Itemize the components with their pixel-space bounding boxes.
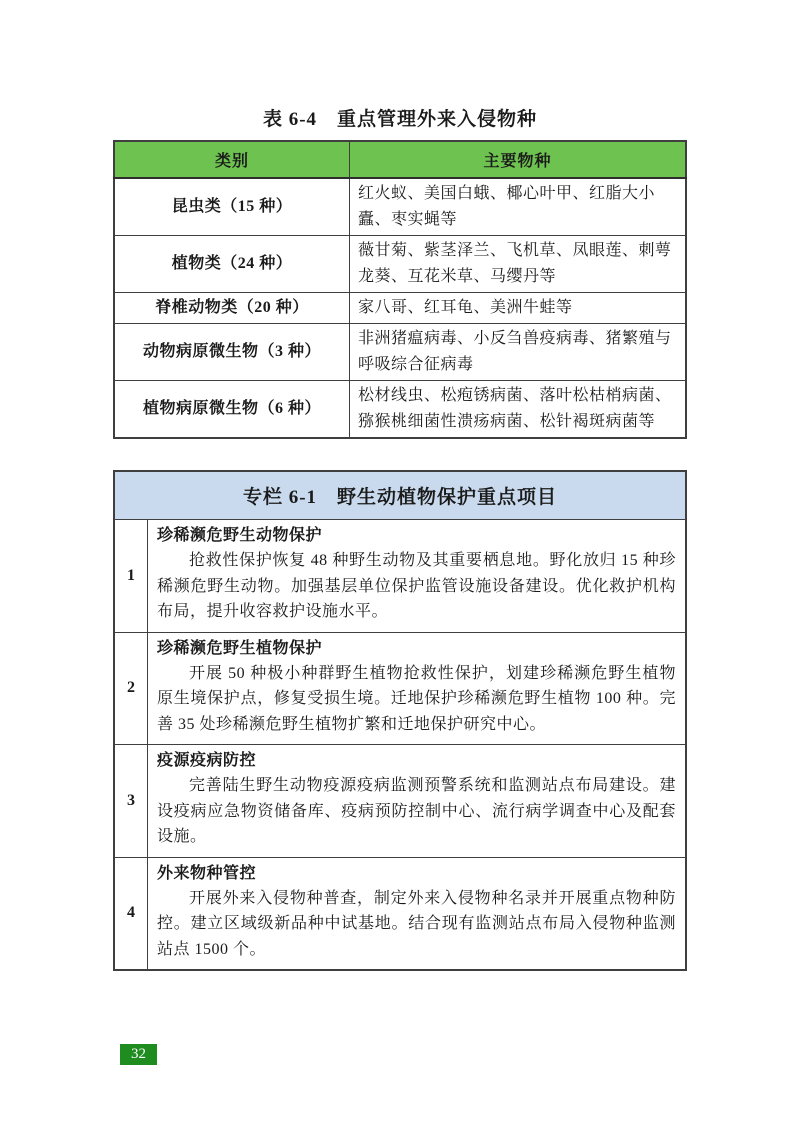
- item-body: 完善陆生野生动物疫源疫病监测预警系统和监测站点布局建设。建设疫病应急物资储备库、…: [157, 773, 676, 850]
- invasive-species-table: 类别 主要物种 昆虫类（15 种） 红火蚁、美国白蛾、椰心叶甲、红脂大小蠹、枣实…: [113, 140, 687, 439]
- item-heading: 珍稀濒危野生动物保护: [157, 523, 676, 548]
- table-row: 昆虫类（15 种） 红火蚁、美国白蛾、椰心叶甲、红脂大小蠹、枣实蝇等: [114, 178, 686, 236]
- item-content: 珍稀濒危野生植物保护 开展 50 种极小种群野生植物抢救性保护，划建珍稀濒危野生…: [148, 633, 685, 745]
- item-content: 疫源疫病防控 完善陆生野生动物疫源疫病监测预警系统和监测站点布局建设。建设疫病应…: [148, 745, 685, 857]
- item-body: 开展外来入侵物种普查，制定外来入侵物种名录并开展重点物种防控。建立区域级新品种中…: [157, 886, 676, 963]
- table-row: 动物病原微生物（3 种） 非洲猪瘟病毒、小反刍兽疫病毒、猪繁殖与呼吸综合征病毒: [114, 324, 686, 381]
- item-content: 珍稀濒危野生动物保护 抢救性保护恢复 48 种野生动物及其重要栖息地。野化放归 …: [148, 520, 685, 632]
- table-row: 植物类（24 种） 薇甘菊、紫茎泽兰、飞机草、凤眼莲、刺萼龙葵、互花米草、马缨丹…: [114, 236, 686, 293]
- item-body: 开展 50 种极小种群野生植物抢救性保护，划建珍稀濒危野生植物原生境保护点，修复…: [157, 661, 676, 738]
- feature-box-title: 专栏 6-1 野生动植物保护重点项目: [115, 472, 685, 520]
- item-content: 外来物种管控 开展外来入侵物种普查，制定外来入侵物种名录并开展重点物种防控。建立…: [148, 858, 685, 970]
- item-body: 抢救性保护恢复 48 种野生动物及其重要栖息地。野化放归 15 种珍稀濒危野生动…: [157, 548, 676, 625]
- item-number: 3: [115, 745, 148, 857]
- species-cell: 红火蚁、美国白蛾、椰心叶甲、红脂大小蠹、枣实蝇等: [350, 178, 687, 236]
- species-cell: 薇甘菊、紫茎泽兰、飞机草、凤眼莲、刺萼龙葵、互花米草、马缨丹等: [350, 236, 687, 293]
- item-heading: 外来物种管控: [157, 861, 676, 886]
- category-cell: 植物类（24 种）: [114, 236, 350, 293]
- item-number: 1: [115, 520, 148, 632]
- item-number: 2: [115, 633, 148, 745]
- column-header-species: 主要物种: [350, 141, 687, 178]
- category-cell: 动物病原微生物（3 种）: [114, 324, 350, 381]
- table-row: 植物病原微生物（6 种） 松材线虫、松疱锈病菌、落叶松枯梢病菌、猕猴桃细菌性溃疡…: [114, 381, 686, 439]
- column-header-category: 类别: [114, 141, 350, 178]
- category-cell: 植物病原微生物（6 种）: [114, 381, 350, 439]
- table-title: 表 6-4 重点管理外来入侵物种: [113, 104, 687, 131]
- category-cell: 昆虫类（15 种）: [114, 178, 350, 236]
- page-content: 表 6-4 重点管理外来入侵物种 类别 主要物种 昆虫类（15 种） 红火蚁、美…: [113, 0, 687, 971]
- feature-box-6-1: 专栏 6-1 野生动植物保护重点项目 1 珍稀濒危野生动物保护 抢救性保护恢复 …: [113, 470, 687, 971]
- species-cell: 非洲猪瘟病毒、小反刍兽疫病毒、猪繁殖与呼吸综合征病毒: [350, 324, 687, 381]
- box-item: 3 疫源疫病防控 完善陆生野生动物疫源疫病监测预警系统和监测站点布局建设。建设疫…: [115, 745, 685, 858]
- species-cell: 家八哥、红耳龟、美洲牛蛙等: [350, 293, 687, 324]
- category-cell: 脊椎动物类（20 种）: [114, 293, 350, 324]
- item-heading: 珍稀濒危野生植物保护: [157, 636, 676, 661]
- table-row: 脊椎动物类（20 种） 家八哥、红耳龟、美洲牛蛙等: [114, 293, 686, 324]
- item-number: 4: [115, 858, 148, 970]
- species-cell: 松材线虫、松疱锈病菌、落叶松枯梢病菌、猕猴桃细菌性溃疡病菌、松针褐斑病菌等: [350, 381, 687, 439]
- page-number-badge: 32: [120, 1044, 157, 1065]
- table-header-row: 类别 主要物种: [114, 141, 686, 178]
- box-item: 2 珍稀濒危野生植物保护 开展 50 种极小种群野生植物抢救性保护，划建珍稀濒危…: [115, 633, 685, 746]
- box-item: 1 珍稀濒危野生动物保护 抢救性保护恢复 48 种野生动物及其重要栖息地。野化放…: [115, 520, 685, 633]
- box-item: 4 外来物种管控 开展外来入侵物种普查，制定外来入侵物种名录并开展重点物种防控。…: [115, 858, 685, 970]
- item-heading: 疫源疫病防控: [157, 748, 676, 773]
